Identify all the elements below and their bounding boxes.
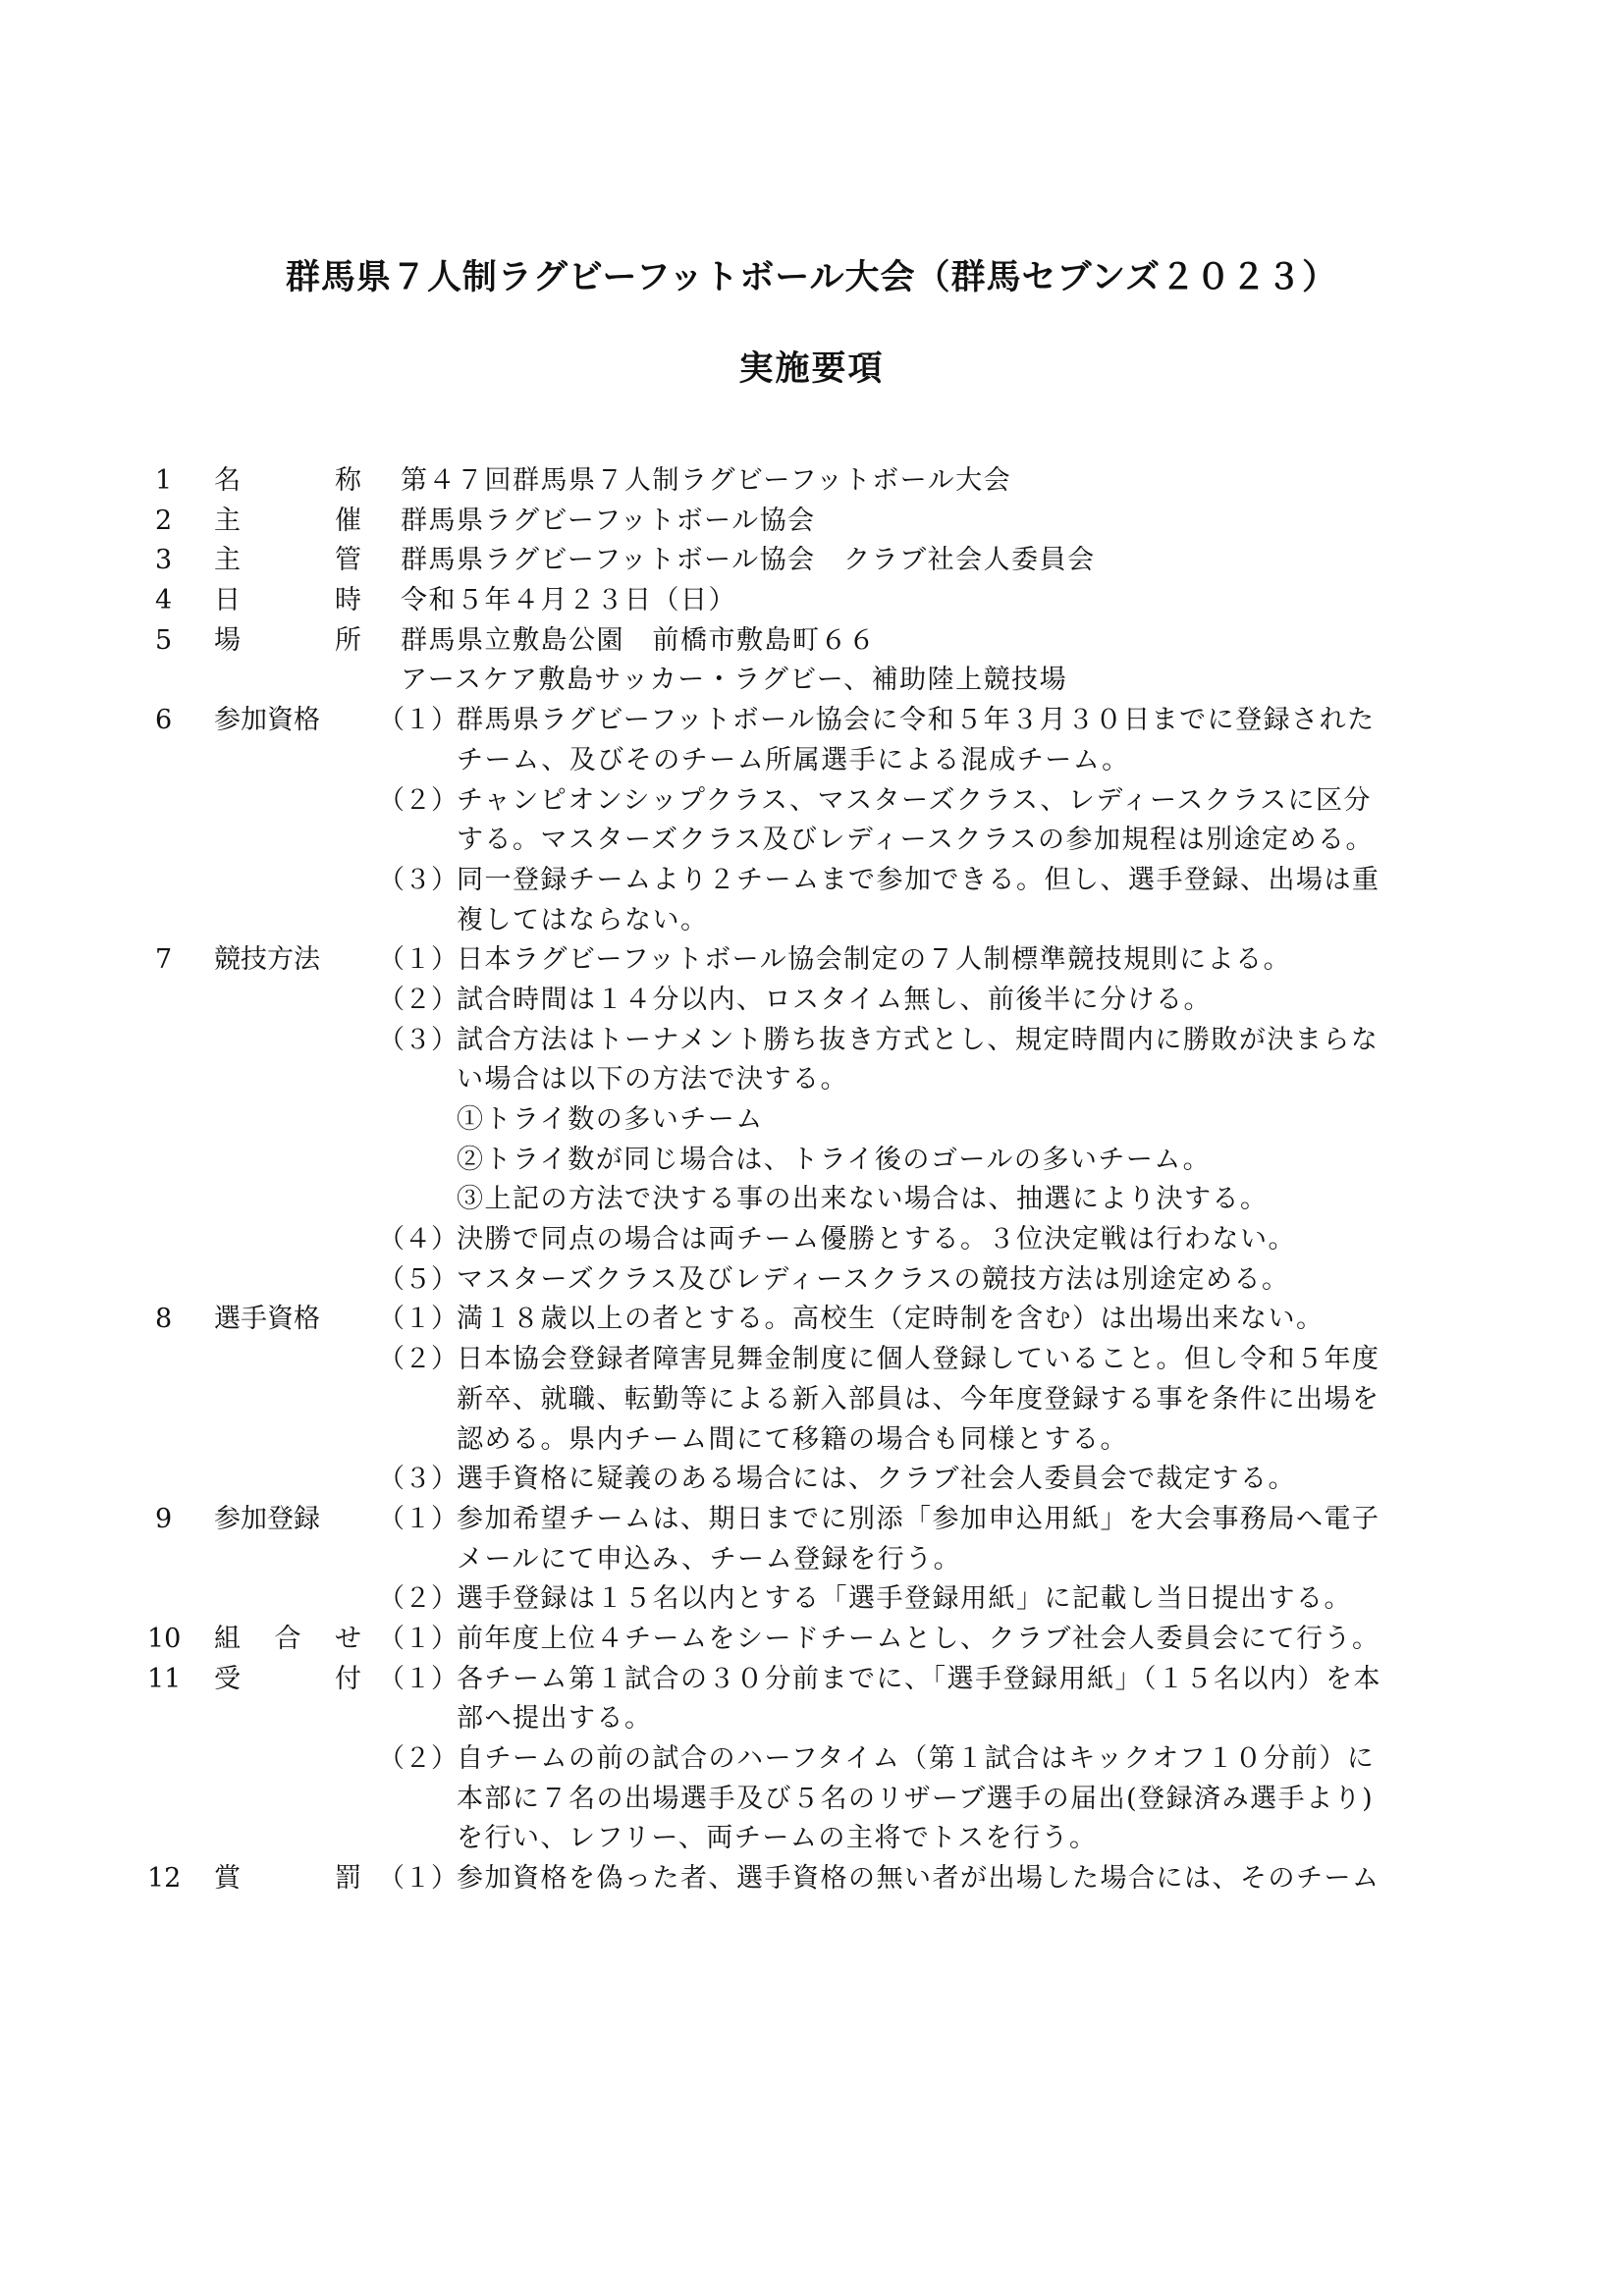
section-7-competition-method: 7 競技方法 （１） 日本ラグビーフットボール協会制定の７人制標準競技規則による… bbox=[0, 940, 1623, 981]
section-text: 第４７回群馬県７人制ラグビーフットボール大会 bbox=[401, 461, 1011, 502]
item-number: （２） bbox=[378, 1579, 427, 1620]
section-4-date: 4 日時 令和５年４月２３日（日） bbox=[0, 581, 1623, 621]
item-text-line: 本部に７名の出場選手及び５名のリザーブ選手の届出(登録済み選手より) bbox=[0, 1780, 1623, 1820]
item-number: （３） bbox=[378, 1460, 427, 1500]
item-number: （２） bbox=[378, 981, 427, 1021]
item-number: （２） bbox=[378, 1739, 427, 1780]
document-subtitle: 実施要項 bbox=[0, 342, 1623, 391]
section-number: 5 bbox=[155, 621, 194, 662]
section-label: 賞罰 bbox=[214, 1859, 361, 1899]
item-text: い場合は以下の方法で決する。 bbox=[457, 1060, 848, 1100]
section-text: 群馬県ラグビーフットボール協会 クラブ社会人委員会 bbox=[401, 541, 1096, 581]
item-text: 試合時間は１４分以内、ロスタイム無し、前後半に分ける。 bbox=[457, 981, 1212, 1021]
item-text: 認める。県内チーム間にて移籍の場合も同様とする。 bbox=[457, 1420, 1128, 1461]
item-text: 満１８歳以上の者とする。高校生（定時制を含む）は出場出来ない。 bbox=[457, 1300, 1325, 1340]
section-number: 7 bbox=[155, 940, 194, 981]
item-text: 選手登録は１５名以内とする「選手登録用紙」に記載し当日提出する。 bbox=[457, 1579, 1352, 1620]
item-text: 参加資格を偽った者、選手資格の無い者が出場した場合には、そのチーム bbox=[457, 1859, 1380, 1899]
section-10-draw: 10 組合せ （１） 前年度上位４チームをシードチームとし、クラブ社会人委員会に… bbox=[0, 1620, 1623, 1660]
section-label: 受付 bbox=[214, 1660, 361, 1700]
item-number: （３） bbox=[378, 861, 427, 901]
section-label: 場所 bbox=[214, 621, 361, 662]
item-text-line: する。マスターズクラス及びレディースクラスの参加規程は別途定める。 bbox=[0, 821, 1623, 861]
section-number: 4 bbox=[155, 581, 194, 621]
section-number: 1 bbox=[155, 461, 194, 502]
item-line: （３） 試合方法はトーナメント勝ち抜き方式とし、規定時間内に勝敗が決まらな bbox=[0, 1021, 1623, 1061]
item-line: （５） マスターズクラス及びレディースクラスの競技方法は別途定める。 bbox=[0, 1260, 1623, 1301]
section-1-name: 1 名称 第４７回群馬県７人制ラグビーフットボール大会 bbox=[0, 461, 1623, 502]
item-number: （１） bbox=[378, 1660, 427, 1700]
item-number: （３） bbox=[378, 1021, 427, 1061]
section-number: 12 bbox=[147, 1859, 187, 1899]
item-number: （１） bbox=[378, 1300, 427, 1340]
item-text: 群馬県ラグビーフットボール協会に令和５年３月３０日までに登録された bbox=[457, 701, 1376, 741]
item-text: 前年度上位４チームをシードチームとし、クラブ社会人委員会にて行う。 bbox=[457, 1620, 1380, 1660]
item-text-line: を行い、レフリー、両チームの主将でトスを行う。 bbox=[0, 1819, 1623, 1859]
item-number: （４） bbox=[378, 1220, 427, 1260]
item-text: 日本ラグビーフットボール協会制定の７人制標準競技規則による。 bbox=[457, 940, 1291, 981]
item-line: （２） チャンピオンシップクラス、マスターズクラス、レディースクラスに区分 bbox=[0, 781, 1623, 822]
item-text-line: 部へ提出する。 bbox=[0, 1699, 1623, 1739]
section-12-rewards-penalties: 12 賞罰 （１） 参加資格を偽った者、選手資格の無い者が出場した場合には、その… bbox=[0, 1859, 1623, 1899]
section-text: アースケア敷島サッカー・ラグビー、補助陸上競技場 bbox=[401, 661, 1067, 701]
item-number: （１） bbox=[378, 701, 427, 741]
item-text-line: チーム、及びそのチーム所属選手による混成チーム。 bbox=[0, 741, 1623, 781]
section-text: 令和５年４月２３日（日） bbox=[401, 581, 736, 621]
document-body: 1 名称 第４７回群馬県７人制ラグビーフットボール大会 2 主催 群馬県ラグビー… bbox=[0, 461, 1623, 1899]
item-text: ①トライ数の多いチーム bbox=[457, 1100, 764, 1141]
section-label: 日時 bbox=[214, 581, 361, 621]
item-text-line: 複してはならない。 bbox=[0, 901, 1623, 941]
item-text: 参加希望チームは、期日までに別添「参加申込用紙」を大会事務局へ電子 bbox=[457, 1500, 1380, 1540]
item-number: （５） bbox=[378, 1260, 427, 1301]
section-text: 群馬県立敷島公園 前橋市敷島町６６ bbox=[401, 621, 877, 662]
item-text: マスターズクラス及びレディースクラスの競技方法は別途定める。 bbox=[457, 1260, 1290, 1301]
item-text: を行い、レフリー、両チームの主将でトスを行う。 bbox=[457, 1819, 1098, 1859]
item-text: 新卒、就職、転勤等による新入部員は、今年度登録する事を条件に出場を bbox=[457, 1380, 1380, 1420]
section-number: 3 bbox=[155, 541, 194, 581]
section-5-venue-cont: アースケア敷島サッカー・ラグビー、補助陸上競技場 bbox=[0, 661, 1623, 701]
item-text-line: い場合は以下の方法で決する。 bbox=[0, 1060, 1623, 1100]
item-text: チャンピオンシップクラス、マスターズクラス、レディースクラスに区分 bbox=[457, 781, 1372, 822]
item-line: （２） 日本協会登録者障害見舞金制度に個人登録していること。但し令和５年度 bbox=[0, 1340, 1623, 1380]
item-text: 試合方法はトーナメント勝ち抜き方式とし、規定時間内に勝敗が決まらな bbox=[457, 1021, 1379, 1061]
item-text: チーム、及びそのチーム所属選手による混成チーム。 bbox=[457, 741, 1130, 781]
section-number: 2 bbox=[155, 502, 194, 542]
section-11-reception: 11 受付 （１） 各チーム第１試合の３０分前までに、「選手登録用紙」（１５名以… bbox=[0, 1660, 1623, 1700]
item-number: （２） bbox=[378, 1340, 427, 1380]
section-6-eligibility: 6 参加資格 （１） 群馬県ラグビーフットボール協会に令和５年３月３０日までに登… bbox=[0, 701, 1623, 741]
item-text: ②トライ数が同じ場合は、トライ後のゴールの多いチーム。 bbox=[457, 1141, 1211, 1181]
item-text-line: 新卒、就職、転勤等による新入部員は、今年度登録する事を条件に出場を bbox=[0, 1380, 1623, 1420]
item-text: 日本協会登録者障害見舞金制度に個人登録していること。但し令和５年度 bbox=[457, 1340, 1380, 1380]
section-label: 参加登録 bbox=[214, 1500, 361, 1540]
section-number: 8 bbox=[155, 1300, 194, 1340]
item-text-line: ③上記の方法で決する事の出来ない場合は、抽選により決する。 bbox=[0, 1180, 1623, 1220]
section-label: 参加資格 bbox=[214, 701, 361, 741]
item-line: （２） 選手登録は１５名以内とする「選手登録用紙」に記載し当日提出する。 bbox=[0, 1579, 1623, 1620]
section-number: 6 bbox=[155, 701, 194, 741]
item-text-line: ②トライ数が同じ場合は、トライ後のゴールの多いチーム。 bbox=[0, 1141, 1623, 1181]
section-label: 組合せ bbox=[214, 1620, 361, 1660]
document-title: 群馬県７人制ラグビーフットボール大会（群馬セブンズ２０２３） bbox=[0, 250, 1623, 299]
section-number: 10 bbox=[147, 1620, 187, 1660]
item-text: 決勝で同点の場合は両チーム優勝とする。３位決定戦は行わない。 bbox=[457, 1220, 1296, 1260]
item-line: （４） 決勝で同点の場合は両チーム優勝とする。３位決定戦は行わない。 bbox=[0, 1220, 1623, 1260]
item-text: 自チームの前の試合のハーフタイム（第１試合はキックオフ１０分前）に bbox=[457, 1739, 1375, 1780]
item-text: 部へ提出する。 bbox=[457, 1699, 653, 1739]
item-line: （３） 同一登録チームより２チームまで参加できる。但し、選手登録、出場は重 bbox=[0, 861, 1623, 901]
item-line: （２） 自チームの前の試合のハーフタイム（第１試合はキックオフ１０分前）に bbox=[0, 1739, 1623, 1780]
item-number: （２） bbox=[378, 781, 427, 822]
item-text: 同一登録チームより２チームまで参加できる。但し、選手登録、出場は重 bbox=[457, 861, 1380, 901]
item-line: （２） 試合時間は１４分以内、ロスタイム無し、前後半に分ける。 bbox=[0, 981, 1623, 1021]
item-number: （１） bbox=[378, 1859, 427, 1899]
section-text: 群馬県ラグビーフットボール協会 bbox=[401, 502, 816, 542]
item-number: （１） bbox=[378, 1500, 427, 1540]
section-2-host: 2 主催 群馬県ラグビーフットボール協会 bbox=[0, 502, 1623, 542]
item-text-line: メールにて申込み、チーム登録を行う。 bbox=[0, 1540, 1623, 1580]
item-text: 複してはならない。 bbox=[457, 901, 709, 941]
section-label: 選手資格 bbox=[214, 1300, 361, 1340]
item-text-line: 認める。県内チーム間にて移籍の場合も同様とする。 bbox=[0, 1420, 1623, 1461]
section-5-venue: 5 場所 群馬県立敷島公園 前橋市敷島町６６ bbox=[0, 621, 1623, 662]
section-8-player-eligibility: 8 選手資格 （１） 満１８歳以上の者とする。高校生（定時制を含む）は出場出来な… bbox=[0, 1300, 1623, 1340]
item-text: 各チーム第１試合の３０分前までに、「選手登録用紙」（１５名以内）を本 bbox=[457, 1660, 1381, 1700]
item-text: ③上記の方法で決する事の出来ない場合は、抽選により決する。 bbox=[457, 1180, 1269, 1220]
item-text: メールにて申込み、チーム登録を行う。 bbox=[457, 1540, 961, 1580]
item-line: （３） 選手資格に疑義のある場合には、クラブ社会人委員会で裁定する。 bbox=[0, 1460, 1623, 1500]
section-label: 主催 bbox=[214, 502, 361, 542]
item-text: する。マスターズクラス及びレディースクラスの参加規程は別途定める。 bbox=[457, 821, 1374, 861]
section-label: 競技方法 bbox=[214, 940, 361, 981]
section-3-organizer: 3 主管 群馬県ラグビーフットボール協会 クラブ社会人委員会 bbox=[0, 541, 1623, 581]
item-text-line: ①トライ数の多いチーム bbox=[0, 1100, 1623, 1141]
section-number: 9 bbox=[155, 1500, 194, 1540]
section-label: 名称 bbox=[214, 461, 361, 502]
item-number: （１） bbox=[378, 940, 427, 981]
item-text: 本部に７名の出場選手及び５名のリザーブ選手の届出(登録済み選手より) bbox=[457, 1780, 1374, 1820]
item-text: 選手資格に疑義のある場合には、クラブ社会人委員会で裁定する。 bbox=[457, 1460, 1296, 1500]
section-label: 主管 bbox=[214, 541, 361, 581]
section-9-registration: 9 参加登録 （１） 参加希望チームは、期日までに別添「参加申込用紙」を大会事務… bbox=[0, 1500, 1623, 1540]
section-number: 11 bbox=[147, 1660, 187, 1700]
item-number: （１） bbox=[378, 1620, 427, 1660]
